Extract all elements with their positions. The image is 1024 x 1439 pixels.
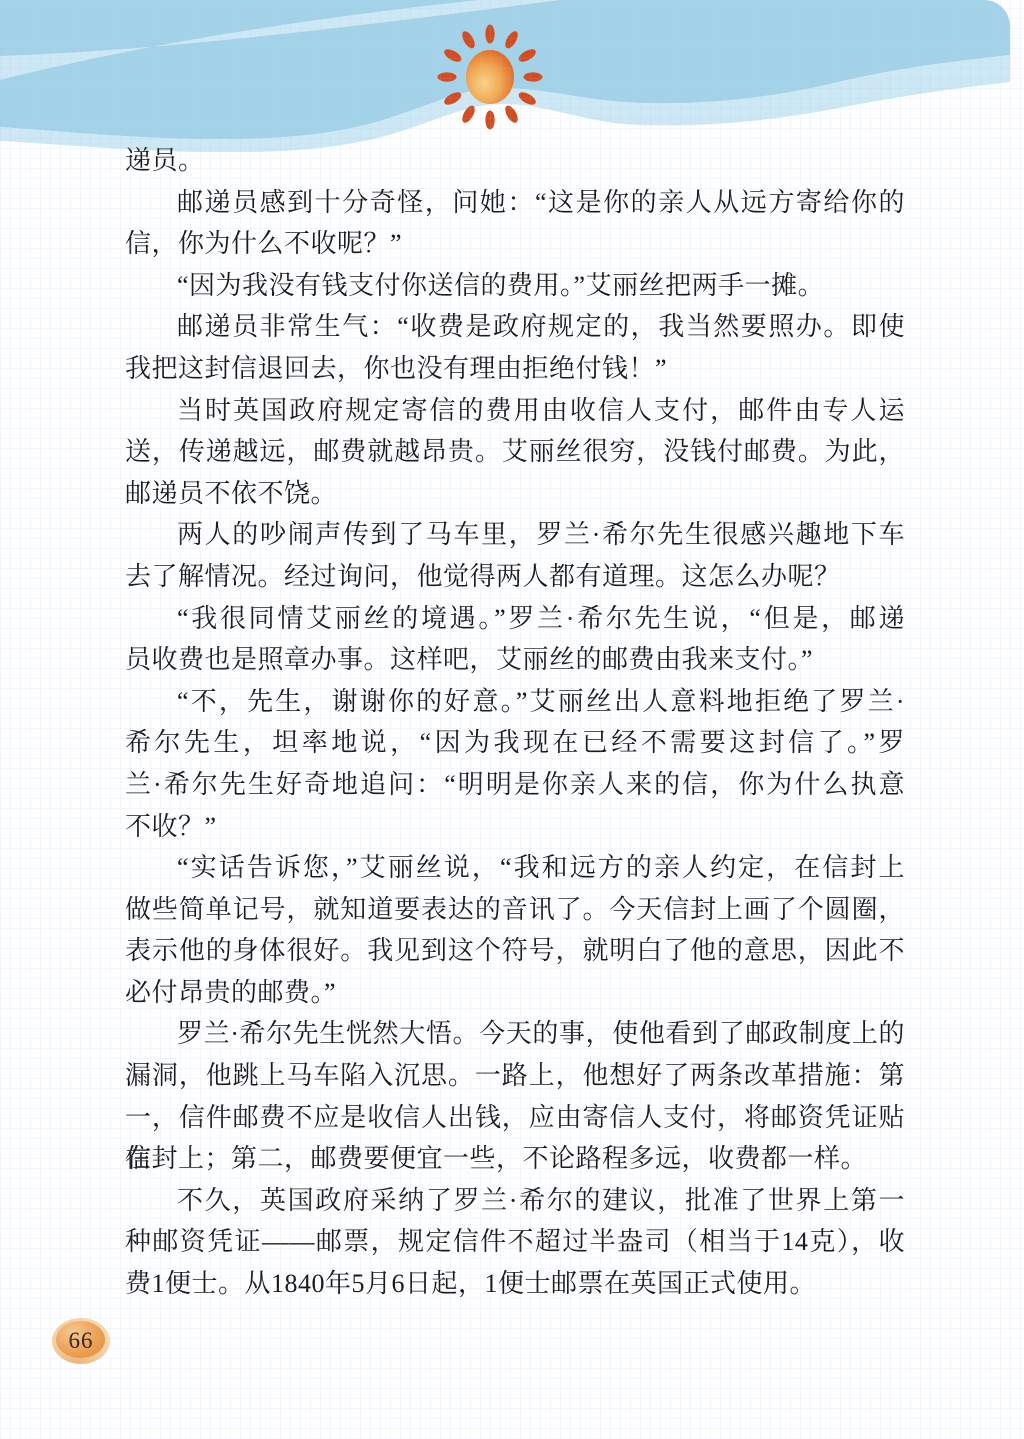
text-line: 不久，英国政府采纳了罗兰·希尔的建议，批准了世界上第一 — [125, 1180, 905, 1222]
text-line: 邮递员非常生气：“收费是政府规定的，我当然要照办。即使 — [125, 306, 905, 348]
sun-ray — [503, 104, 520, 125]
sun-ray — [438, 72, 457, 81]
text-line: 递员。 — [125, 140, 905, 182]
text-line: 邮递员不依不饶。 — [125, 473, 905, 515]
text-line: 员收费也是照章办事。这样吧，艾丽丝的邮费由我来支付。” — [125, 639, 905, 681]
sun-ray — [485, 111, 494, 130]
text-line: 希尔先生，坦率地说，“因为我现在已经不需要这封信了。”罗 — [125, 722, 905, 764]
text-line: “因为我没有钱支付你送信的费用。”艾丽丝把两手一摊。 — [125, 265, 905, 307]
page-number: 66 — [69, 1328, 94, 1354]
wave-banner — [0, 0, 1010, 152]
sun-core — [466, 50, 514, 104]
text-line: 邮递员感到十分奇怪，问她：“这是你的亲人从远方寄给你的 — [125, 182, 905, 224]
text-line: 做些简单记号，就知道要表达的音讯了。今天信封上画了个圆圈， — [125, 889, 905, 931]
body-text: 递员。邮递员感到十分奇怪，问她：“这是你的亲人从远方寄给你的信，你为什么不收呢？… — [125, 140, 905, 1305]
text-line: 表示他的身体很好。我见到这个符号，就明白了他的意思，因此不 — [125, 930, 905, 972]
text-line: “实话告诉您，”艾丽丝说，“我和远方的亲人约定，在信封上 — [125, 847, 905, 889]
text-line: 信，你为什么不收呢？” — [125, 223, 905, 265]
text-line: 漏洞，他跳上马车陷入沉思。一路上，他想好了两条改革措施：第 — [125, 1055, 905, 1097]
text-line: 费1便士。从1840年5月6日起，1便士邮票在英国正式使用。 — [125, 1263, 905, 1305]
page-number-badge: 66 — [52, 1318, 110, 1364]
textbook-page: 递员。邮递员感到十分奇怪，问她：“这是你的亲人从远方寄给你的信，你为什么不收呢？… — [0, 0, 1024, 1439]
text-line: “我很同情艾丽丝的境遇。”罗兰·希尔先生说，“但是，邮递 — [125, 598, 905, 640]
text-line: 种邮资凭证——邮票，规定信件不超过半盎司（相当于14克），收 — [125, 1221, 905, 1263]
text-line: 一，信件邮费不应是收信人出钱，应由寄信人支付，将邮资凭证贴在 — [125, 1097, 905, 1139]
text-line: 当时英国政府规定寄信的费用由收信人支付，邮件由专人运 — [125, 390, 905, 432]
sun-ray — [524, 72, 543, 81]
sun-ray — [485, 25, 494, 44]
text-line: 去了解情况。经过询问，他觉得两人都有道理。这怎么办呢？ — [125, 556, 905, 598]
text-line: 罗兰·希尔先生恍然大悟。今天的事，使他看到了邮政制度上的 — [125, 1013, 905, 1055]
text-line: 两人的吵闹声传到了马车里，罗兰·希尔先生很感兴趣地下车 — [125, 514, 905, 556]
decorative-header — [0, 0, 1010, 152]
text-line: 送，传递越远，邮费就越昂贵。艾丽丝很穷，没钱付邮费。为此， — [125, 431, 905, 473]
text-line: 我把这封信退回去，你也没有理由拒绝付钱！” — [125, 348, 905, 390]
text-line: 不收？” — [125, 806, 905, 848]
text-line: 兰·希尔先生好奇地追问：“明明是你亲人来的信，你为什么执意 — [125, 764, 905, 806]
text-line: 信封上；第二，邮费要便宜一些，不论路程多远，收费都一样。 — [125, 1138, 905, 1180]
text-line: “不，先生，谢谢你的好意。”艾丽丝出人意料地拒绝了罗兰· — [125, 681, 905, 723]
text-line: 必付昂贵的邮费。” — [125, 972, 905, 1014]
